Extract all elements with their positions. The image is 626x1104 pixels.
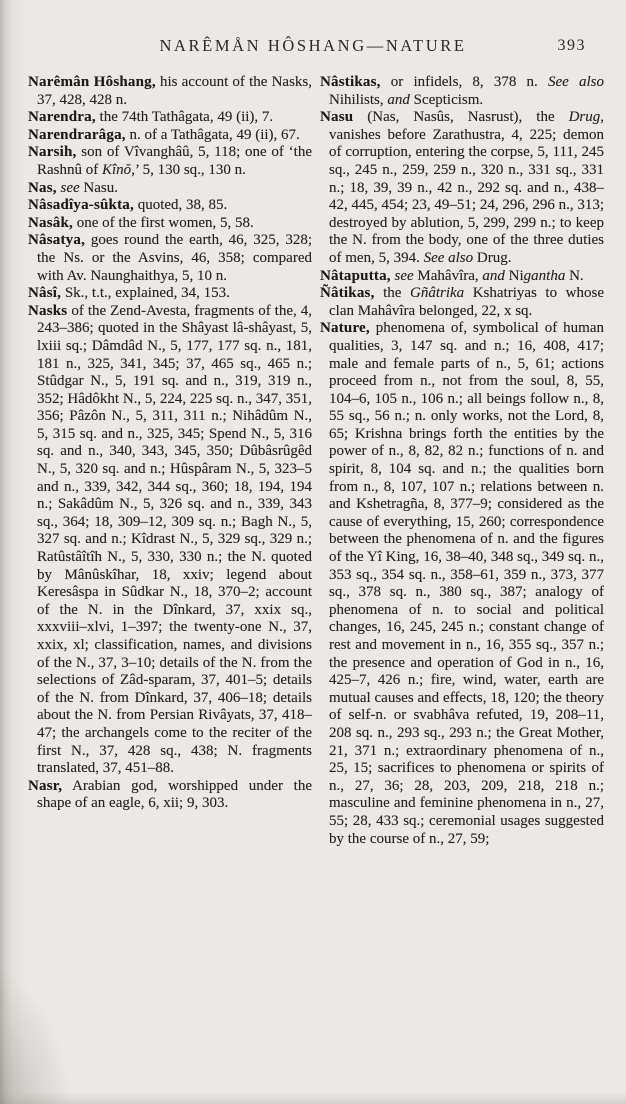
entry-text: Arabian god, worshipped under the shape … [37, 778, 312, 812]
entry-term: Nasks [28, 303, 67, 319]
entry-term: Nasr, [28, 778, 62, 794]
entry-text: See also [424, 250, 474, 266]
index-entry: Nasks of the Zend-Avesta, fragments of t… [28, 303, 312, 778]
entry-text: N. [565, 268, 583, 284]
index-entry: Nâsatya, goes round the earth, 46, 325, … [28, 232, 312, 285]
book-page: NARÊMÅN HÔSHANG—NATURE 393 Narêmân Hôsha… [0, 0, 626, 1104]
entry-text: Gñâtrika [410, 285, 464, 301]
entry-text: the [375, 285, 410, 301]
entry-text: Kînŏ [102, 162, 131, 178]
entry-text: of the Zend-Avesta, fragments of the, 4,… [37, 303, 312, 776]
entry-text: n. of a Tathâgata, 49 (ii), 67. [126, 127, 300, 143]
entry-text: Mahâvîra, [414, 268, 483, 284]
entry-term: Nasâk, [28, 215, 73, 231]
entry-term: Nature, [320, 320, 370, 336]
entry-text: , vanishes before Zarathustra, 4, 225; d… [329, 109, 604, 266]
entry-text: and [387, 92, 410, 108]
index-entry: Nature, phenomena of, symbolical of huma… [320, 320, 604, 848]
left-column: Narêmân Hôshang, his account of the Nask… [28, 74, 312, 813]
entry-text: Drug. [473, 250, 511, 266]
entry-term: Narendra, [28, 109, 96, 125]
entry-text: gantha [524, 268, 566, 284]
right-column: Nâstikas, or infidels, 8, 378 n. See als… [320, 74, 604, 848]
running-title: NARÊMÅN HÔSHANG—NATURE [0, 36, 626, 56]
entry-term: Nâsadîya-sûkta, [28, 197, 134, 213]
index-entry: Nâsadîya-sûkta, quoted, 38, 85. [28, 197, 312, 215]
entry-term: Nâsî, [28, 285, 61, 301]
entry-term: Ñâtikas, [320, 285, 375, 301]
entry-text: Drug [569, 109, 601, 125]
entry-text: Nihilists, [329, 92, 387, 108]
index-entry: Nasu (Nas, Nasûs, Nasrust), the Drug, va… [320, 109, 604, 267]
entry-term: Nâsatya, [28, 232, 85, 248]
index-entry: Nâstikas, or infidels, 8, 378 n. See als… [320, 74, 604, 109]
entry-text: see [60, 180, 79, 196]
entry-text: Nasu. [80, 180, 118, 196]
entry-term: Nâstikas, [320, 74, 381, 90]
entry-text: ,’ 5, 130 sq., 130 n. [131, 162, 246, 178]
index-entry: Nas, see Nasu. [28, 180, 312, 198]
entry-text: and [482, 268, 505, 284]
entry-text: Sk., t.t., explained, 34, 153. [61, 285, 230, 301]
entry-text: See also [548, 74, 604, 90]
index-entry: Nâsî, Sk., t.t., explained, 34, 153. [28, 285, 312, 303]
entry-text: or infidels, 8, 378 n. [381, 74, 548, 90]
entry-term: Narendrarâga, [28, 127, 126, 143]
entry-term: Nasu [320, 109, 353, 125]
index-entry: Narsih, son of Vîvanghâû, 5, 118; one of… [28, 144, 312, 179]
index-entry: Narêmân Hôshang, his account of the Nask… [28, 74, 312, 109]
index-entry: Ñâtikas, the Gñâtrika Kshatriyas to whos… [320, 285, 604, 320]
index-entry: Nâtaputta, see Mahâvîra, and Nigantha N. [320, 268, 604, 286]
entry-term: Narêmân Hôshang, [28, 74, 156, 90]
entry-text: one of the first women, 5, 58. [73, 215, 254, 231]
index-entry: Nasâk, one of the first women, 5, 58. [28, 215, 312, 233]
page-number: 393 [558, 37, 587, 55]
index-entry: Narendra, the 74th Tathâgata, 49 (ii), 7… [28, 109, 312, 127]
index-entry: Narendrarâga, n. of a Tathâgata, 49 (ii)… [28, 127, 312, 145]
entry-text: (Nas, Nasûs, Nasrust), the [353, 109, 568, 125]
entry-text: quoted, 38, 85. [134, 197, 227, 213]
entry-term: Nâtaputta, [320, 268, 391, 284]
entry-term: Nas, [28, 180, 57, 196]
entry-text: phenomena of, symbolical of human qualit… [329, 320, 604, 846]
entry-text: see [395, 268, 414, 284]
entry-text: Ni [505, 268, 524, 284]
index-entry: Nasr, Arabian god, worshipped under the … [28, 778, 312, 813]
entry-term: Narsih, [28, 144, 77, 160]
entry-text: the 74th Tathâgata, 49 (ii), 7. [96, 109, 273, 125]
entry-text: Scepticism. [410, 92, 483, 108]
